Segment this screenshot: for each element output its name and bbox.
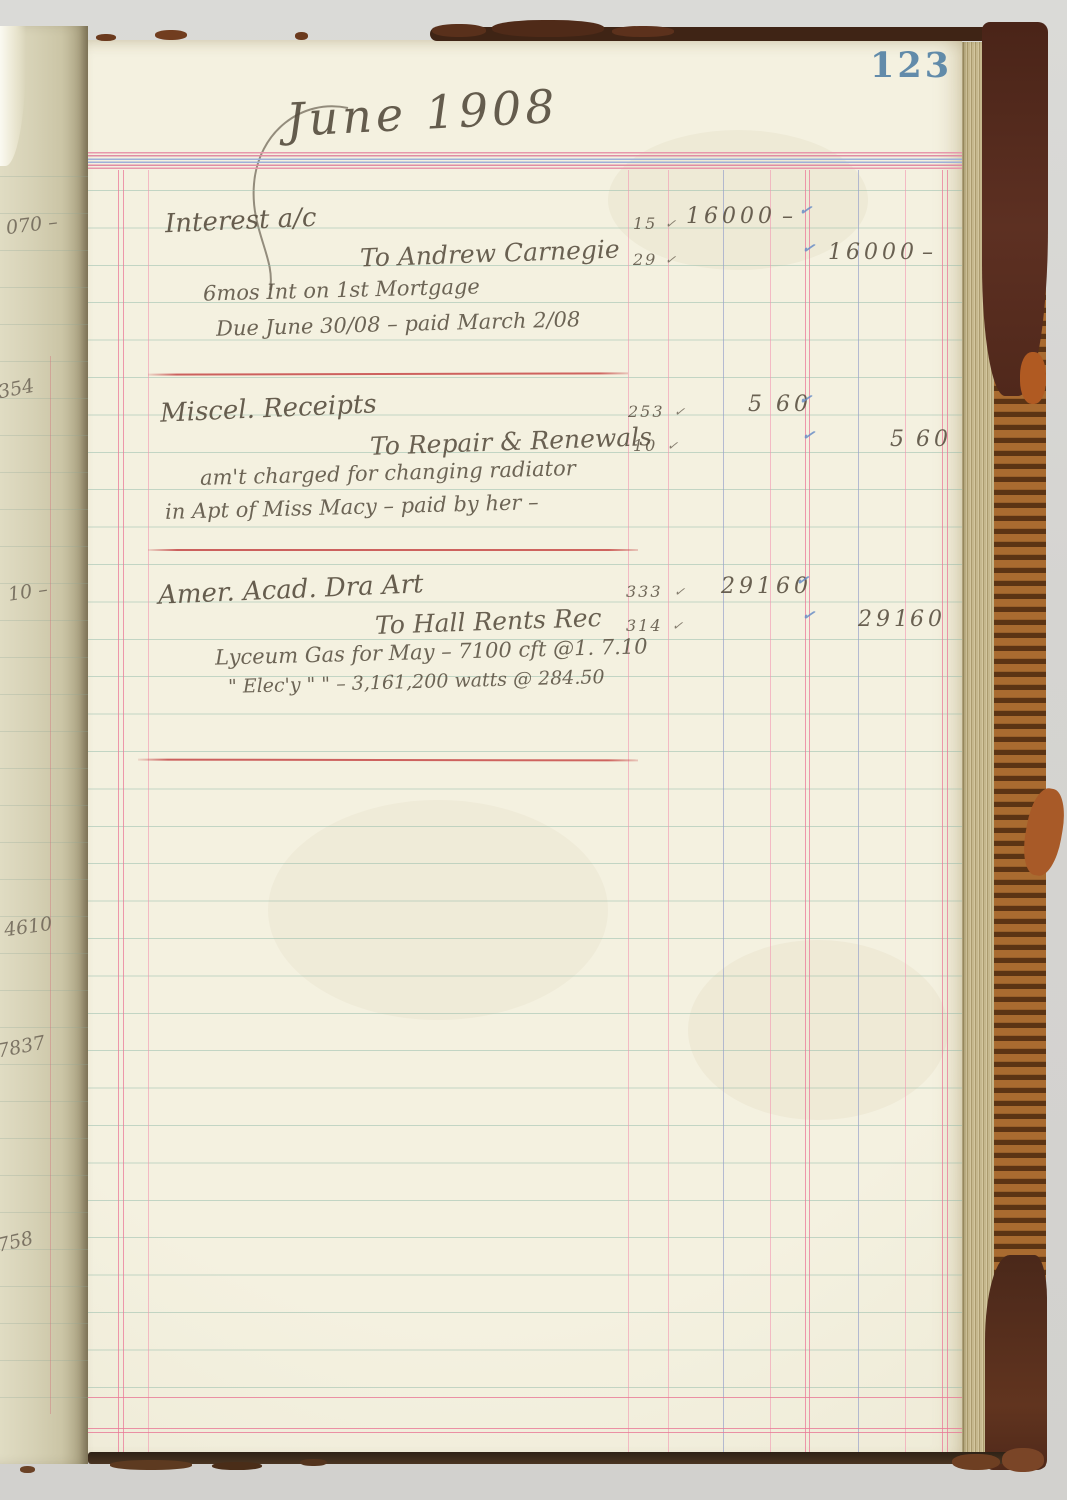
entry-account: Interest a/c: [165, 205, 318, 238]
footer-rule: [88, 1428, 962, 1429]
debit-dollars: 291: [721, 576, 775, 598]
folio-number: 333: [626, 584, 663, 600]
crumb: [96, 34, 116, 41]
crumb: [952, 1454, 1000, 1470]
audit-tick: ✓: [798, 391, 813, 408]
folio-number: 10: [633, 438, 657, 454]
footer-rule: [88, 1397, 962, 1398]
crumb: [300, 1459, 327, 1466]
debit-dollars: 5: [748, 394, 766, 416]
audit-tick: ✓: [795, 572, 810, 589]
page-curl: [0, 26, 26, 166]
entry-separator-line: [148, 549, 638, 551]
ledger-page: 123 June 1908 Interest a/c 15 ✓ 16000 – …: [88, 40, 962, 1461]
date-column-rule: [148, 170, 149, 1460]
audit-tick: ✓: [801, 607, 816, 624]
crumb: [295, 32, 308, 40]
crumb: [1002, 1448, 1044, 1472]
crumb: [612, 26, 674, 37]
crumb: [212, 1462, 262, 1470]
audit-tick: ✓: [798, 202, 813, 219]
posting-tick: ✓: [666, 439, 678, 453]
footer-rule: [88, 1432, 962, 1433]
crumb: [432, 24, 486, 37]
scanned-ledger-photo: 070 – 354 10 – 4610 7837 758 123 June 19…: [0, 0, 1067, 1500]
folio-number: 15: [633, 216, 657, 232]
folio-column-rule: [628, 170, 629, 1460]
credit-dollars: 16000: [828, 242, 918, 264]
entry-contra: To Hall Rents Rec: [375, 605, 602, 638]
folio-number: 253: [628, 404, 665, 420]
margin-rule: [123, 170, 124, 1460]
header-rule-band: [88, 152, 962, 170]
posting-tick: ✓: [664, 217, 676, 231]
folio-number: 314: [626, 618, 663, 634]
page-title: June 1908: [285, 79, 560, 147]
previous-page-red-rule: [50, 356, 51, 1414]
margin-rule: [118, 170, 119, 1460]
crumb: [1020, 352, 1046, 404]
debit-cents-rule: [770, 170, 771, 1460]
column-rule-blue: [723, 170, 724, 1460]
leather-remnant: [982, 22, 1048, 396]
posting-tick: ✓: [673, 585, 685, 599]
horizontal-ruling: [88, 190, 962, 1395]
credit-cents: –: [922, 242, 937, 264]
credit-dollars: 5: [890, 429, 908, 451]
column-rule-blue: [858, 170, 859, 1460]
posting-tick: ✓: [664, 253, 676, 267]
crumb: [492, 20, 604, 37]
credit-dollars: 291: [858, 609, 912, 631]
debit-dollars: 16000: [686, 206, 776, 228]
credit-cents: 60: [916, 429, 952, 451]
right-margin-rule: [947, 170, 948, 1460]
previous-page-edge: 070 – 354 10 – 4610 7837 758: [0, 26, 88, 1464]
column-rule: [668, 170, 669, 1460]
leather-remnant: [985, 1255, 1047, 1470]
folio-number: 29: [633, 252, 657, 268]
credit-cents: 60: [910, 609, 946, 631]
crumb: [110, 1460, 192, 1470]
audit-tick: ✓: [801, 427, 816, 444]
posting-tick: ✓: [673, 405, 685, 419]
audit-tick: ✓: [801, 240, 816, 257]
credit-column-rule: [805, 170, 806, 1460]
credit-column-rule: [809, 170, 810, 1460]
right-margin-rule: [942, 170, 943, 1460]
credit-cents-rule: [905, 170, 906, 1460]
crumb: [155, 30, 187, 40]
debit-cents: –: [782, 206, 797, 228]
posting-tick: ✓: [671, 619, 683, 633]
crumb: [20, 1466, 35, 1473]
page-number: 123: [870, 45, 952, 86]
